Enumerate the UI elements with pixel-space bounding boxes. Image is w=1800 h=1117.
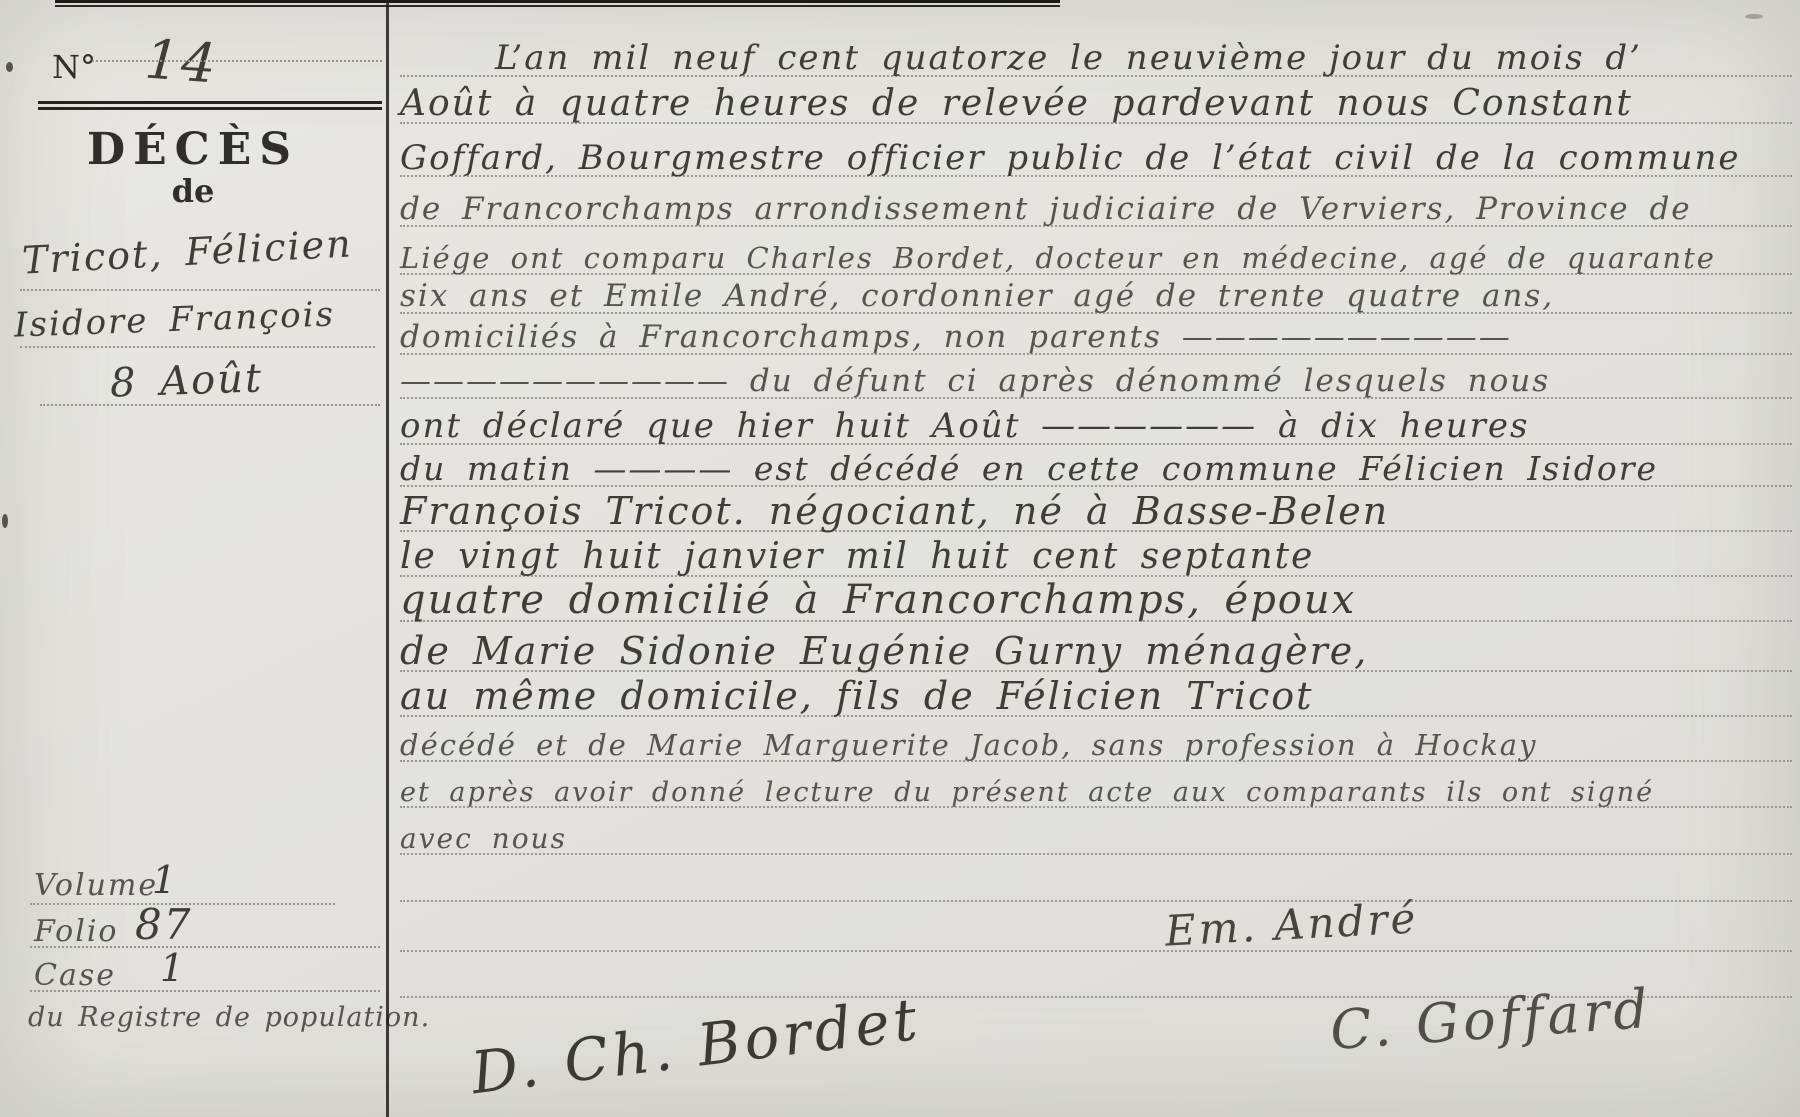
- act-type-title: DÉCÈS: [0, 124, 386, 175]
- death-date: 8 Août: [109, 355, 263, 406]
- volume-value: 1: [152, 858, 178, 902]
- registry-margin-column: N° 14 DÉCÈS de Tricot, Félicien Isidore …: [0, 0, 386, 1117]
- act-line-text: François Tricot. négociant, né à Basse-B…: [400, 492, 1389, 530]
- act-line-text: —————————— du défunt ci après dénommé le…: [400, 366, 1550, 397]
- act-line-text: avec nous: [400, 825, 567, 853]
- folio-value: 87: [135, 900, 192, 949]
- deceased-name-line1: Tricot, Félicien: [21, 221, 354, 282]
- name-dotted-rule-2: [20, 346, 375, 348]
- act-line: le vingt huit janvier mil huit cent sept…: [400, 529, 1792, 577]
- act-line: de Francorchamps arrondissement judiciai…: [400, 179, 1792, 227]
- act-line: de Marie Sidonie Eugénie Gurny ménagère,: [400, 624, 1792, 672]
- act-line: L’an mil neuf cent quatorze le neuvième …: [400, 29, 1792, 77]
- deceased-name-line2: Isidore François: [13, 294, 335, 345]
- header-double-rule: [38, 101, 382, 110]
- act-line: François Tricot. négociant, né à Basse-B…: [400, 484, 1792, 532]
- paper-speck: [1745, 14, 1763, 19]
- act-line: avec nous: [400, 807, 1792, 855]
- folio-dotted-rule: [30, 946, 380, 948]
- column-divider-rule: [386, 0, 389, 1117]
- act-line-text: de Francorchamps arrondissement judiciai…: [400, 194, 1692, 225]
- act-type-preposition: de: [0, 172, 386, 210]
- number-dotted-rule: [92, 60, 382, 62]
- act-line: et après avoir donné lecture du présent …: [400, 760, 1792, 808]
- act-line-text: et après avoir donné lecture du présent …: [400, 779, 1654, 806]
- act-line: décédé et de Marie Marguerite Jacob, san…: [400, 714, 1792, 762]
- name-dotted-rule-1: [20, 289, 380, 291]
- act-line: Goffard, Bourgmestre officier public de …: [400, 129, 1792, 177]
- act-line-text: décédé et de Marie Marguerite Jacob, san…: [400, 731, 1537, 760]
- volume-label: Volume: [34, 868, 158, 903]
- case-dotted-rule: [30, 990, 380, 992]
- act-line-text: de Marie Sidonie Eugénie Gurny ménagère,: [400, 632, 1368, 670]
- case-value: 1: [160, 946, 186, 990]
- folio-label: Folio: [34, 914, 119, 949]
- act-line-text: quatre domicilié à Francorchamps, époux: [400, 580, 1356, 620]
- act-line: au même domicile, fils de Félicien Trico…: [400, 669, 1792, 717]
- act-line-text: du matin ———— est décédé en cette commun…: [400, 452, 1658, 485]
- act-line: Août à quatre heures de relevée pardevan…: [400, 76, 1792, 124]
- act-line-text: L’an mil neuf cent quatorze le neuvième …: [400, 41, 1642, 75]
- act-blank-line: [400, 904, 1792, 952]
- death-certificate-scan: N° 14 DÉCÈS de Tricot, Félicien Isidore …: [0, 0, 1800, 1117]
- act-line-text: Goffard, Bourgmestre officier public de …: [400, 141, 1741, 175]
- act-line: —————————— du défunt ci après dénommé le…: [400, 351, 1792, 399]
- act-line-text: ont déclaré que hier huit Août —————— à …: [400, 409, 1529, 443]
- act-line: domiciliés à Francorchamps, non parents …: [400, 307, 1792, 355]
- act-line: ont déclaré que hier huit Août —————— à …: [400, 397, 1792, 445]
- act-line: quatre domicilié à Francorchamps, époux: [400, 574, 1792, 622]
- act-number-label: N°: [52, 48, 96, 86]
- register-note: du Registre de population.: [28, 1002, 430, 1033]
- act-line: du matin ———— est décédé en cette commun…: [400, 439, 1792, 487]
- act-line-text: Août à quatre heures de relevée pardevan…: [400, 86, 1633, 122]
- act-line-text: au même domicile, fils de Félicien Trico…: [400, 677, 1313, 715]
- case-label: Case: [34, 958, 116, 993]
- act-blank-line: [400, 854, 1792, 902]
- act-line-text: domiciliés à Francorchamps, non parents …: [400, 322, 1512, 353]
- date-dotted-rule: [40, 404, 380, 406]
- signature-doctor-bordet: D. Ch. Bordet: [468, 985, 925, 1108]
- act-line-text: le vingt huit janvier mil huit cent sept…: [400, 539, 1314, 575]
